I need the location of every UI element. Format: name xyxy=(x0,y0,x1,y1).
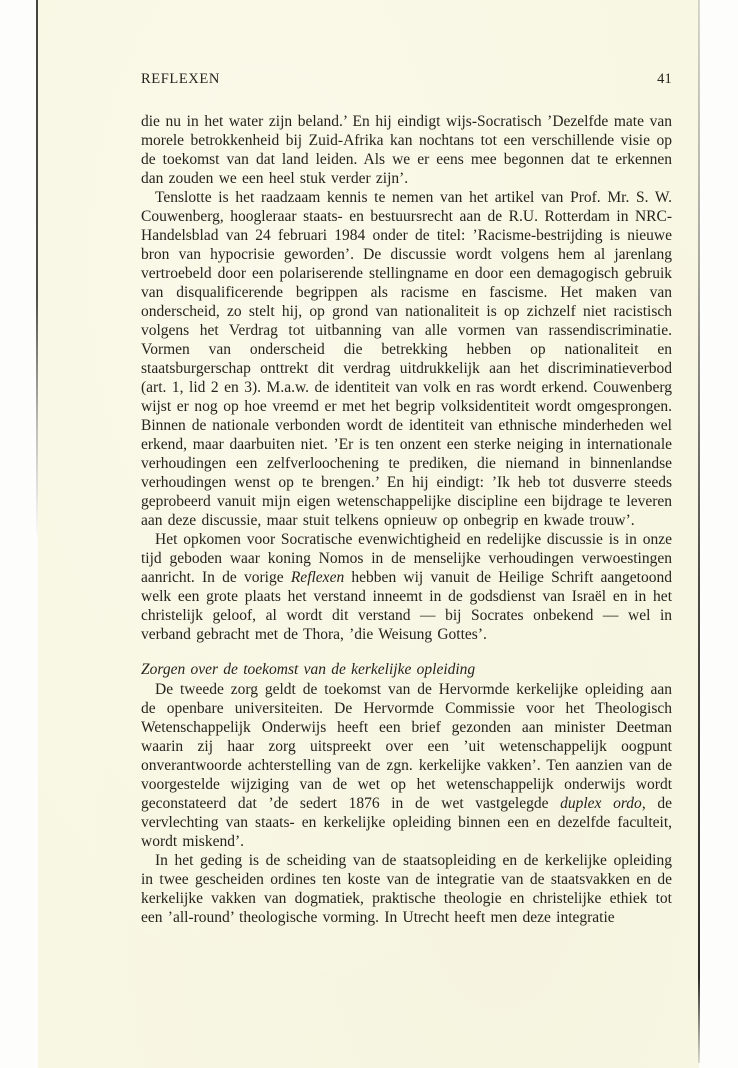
text-run: De tweede zorg geldt de toekomst van de … xyxy=(141,681,672,812)
text-run: die nu in het water zijn beland.’ En hij… xyxy=(141,113,672,187)
paragraph: De tweede zorg geldt de toekomst van de … xyxy=(141,680,672,851)
italic-text-run: duplex ordo xyxy=(560,795,642,812)
italic-text-run: Reflexen xyxy=(291,569,344,586)
paragraph: Tenslotte is het raadzaam kennis te neme… xyxy=(141,188,672,530)
text-run: In het geding is de scheiding van de sta… xyxy=(141,852,672,926)
text-run: Tenslotte is het raadzaam kennis te neme… xyxy=(141,189,672,529)
page-body: die nu in het water zijn beland.’ En hij… xyxy=(141,112,672,927)
scan-edge-right-line xyxy=(698,0,700,1063)
scan-edge-left-line xyxy=(36,0,38,540)
section-heading: Zorgen over de toekomst van de kerkelijk… xyxy=(141,660,672,679)
italic-text-run: Zorgen over de toekomst van de kerkelijk… xyxy=(141,661,475,678)
paragraph: Het opkomen voor Socratische evenwichtig… xyxy=(141,530,672,644)
scanned-book-page: REFLEXEN 41 die nu in het water zijn bel… xyxy=(38,0,699,1068)
running-header: REFLEXEN 41 xyxy=(141,71,672,88)
page-number: 41 xyxy=(657,71,672,88)
paragraph: die nu in het water zijn beland.’ En hij… xyxy=(141,112,672,188)
journal-title: REFLEXEN xyxy=(141,71,220,88)
page-content: REFLEXEN 41 die nu in het water zijn bel… xyxy=(141,71,672,927)
paragraph: In het geding is de scheiding van de sta… xyxy=(141,851,672,927)
